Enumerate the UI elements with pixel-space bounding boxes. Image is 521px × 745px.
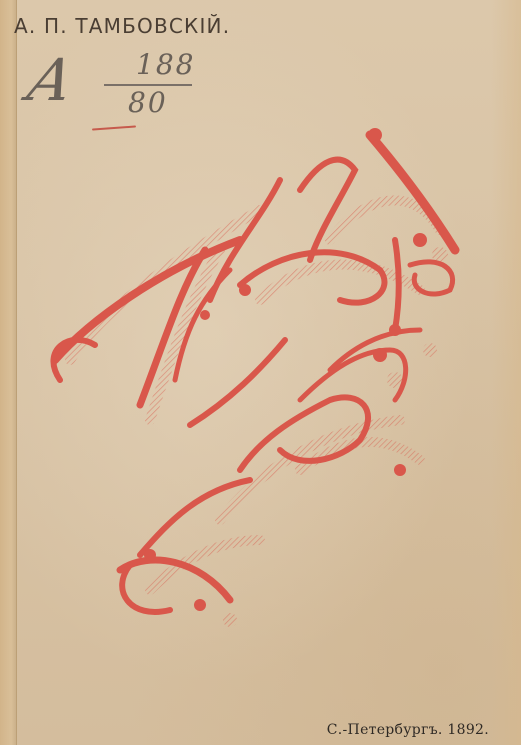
book-cover: А. П. ТАМБОВСКІЙ. A 188 80 <box>0 0 521 745</box>
calligraphic-flourishes <box>0 0 521 745</box>
publication-imprint: С.-Петербургъ. 1892. <box>327 722 489 738</box>
